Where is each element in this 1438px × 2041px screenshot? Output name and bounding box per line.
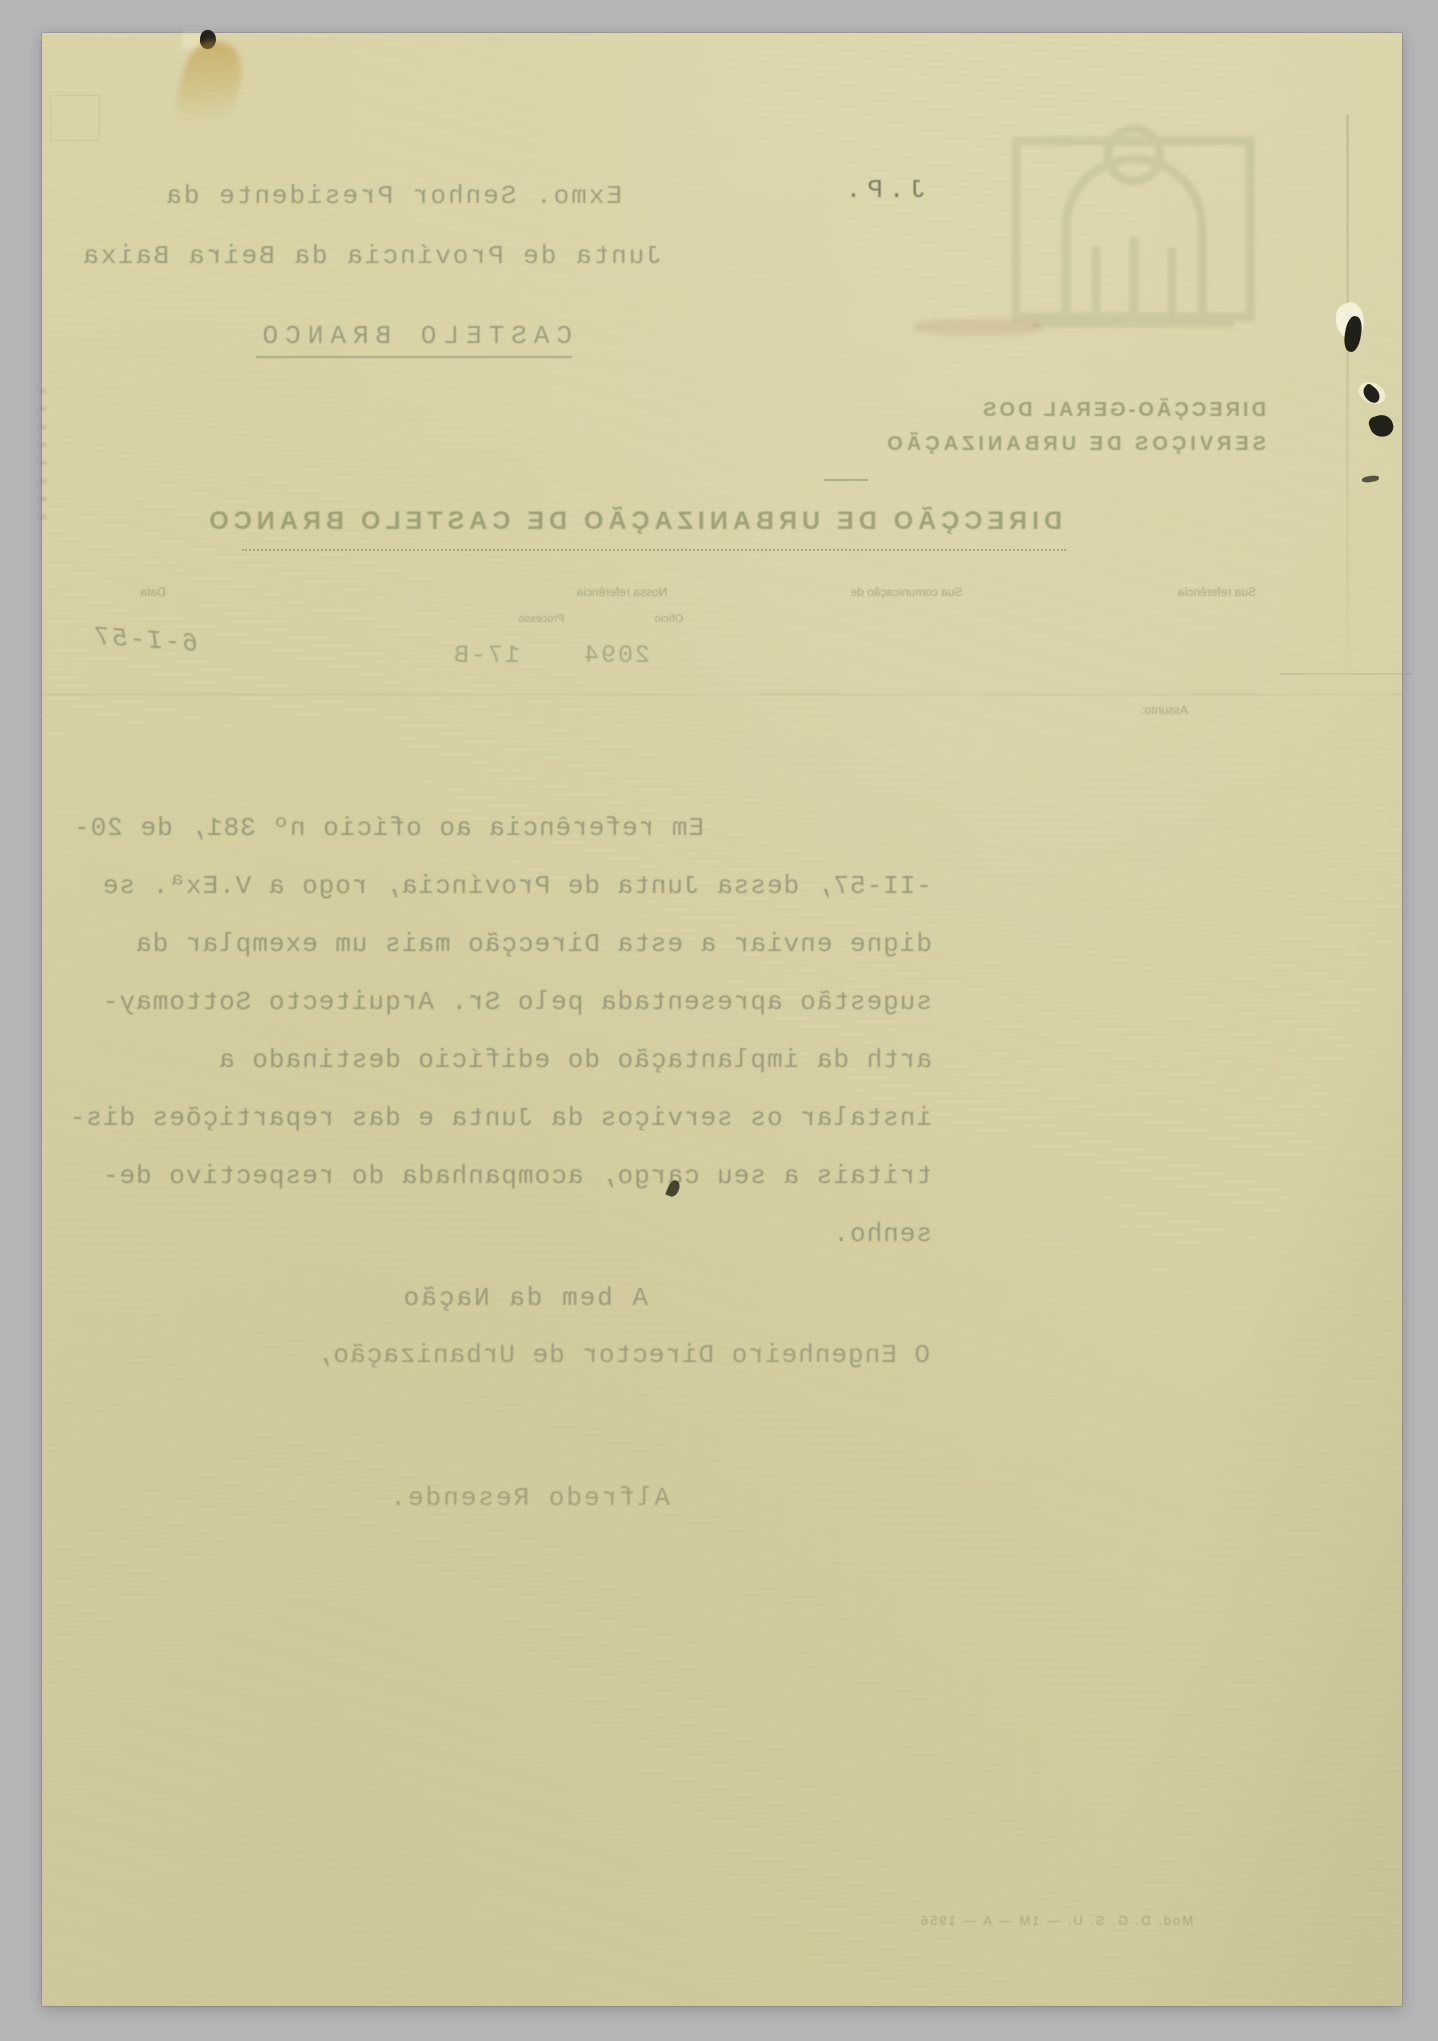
form-label-oficio: Ofício <box>634 613 704 625</box>
recipient-line-3-underlined: CASTELO BRANCO <box>256 321 572 358</box>
horizontal-crease <box>1280 673 1412 675</box>
recipient-line-2: Junta de Província da Beira Baixa <box>92 241 662 271</box>
edge-ink-dash <box>1362 475 1380 483</box>
body-line: -II-57, dessa Junta de Província, rogo a… <box>70 857 932 915</box>
signoff-line: O Engenheiro Director de Urbanização, <box>280 1340 930 1370</box>
footer-print-line: Mod. D. G. S. U. — 1M — A — 1956 <box>732 1913 1380 1928</box>
recipient-line-1: Exmo. Senhor Presidente da <box>102 181 622 211</box>
form-label-data: Data <box>120 585 186 599</box>
left-edge-scratches <box>40 389 46 519</box>
form-label-sua-comunicacao: Sua comunicação de <box>814 585 999 599</box>
letterhead-emblem-bleed <box>1002 97 1264 335</box>
red-ink-smudge <box>914 319 1042 335</box>
closing-line: A bem da Nação <box>392 1283 648 1313</box>
fold-shadow <box>42 693 1402 696</box>
body-line: arth da implantação do edifício destinad… <box>70 1031 932 1089</box>
body-line: digne enviar a esta Direcção mais um exe… <box>70 915 932 973</box>
form-value-oficio: 2094 <box>540 641 650 670</box>
jp-initials-bleed: J.P. <box>842 175 926 205</box>
signature-line: Alfredo Resende. <box>388 1483 670 1513</box>
form-value-processo: 17-B <box>430 641 520 670</box>
body-line: senho. <box>70 1205 932 1263</box>
form-label-assunto: Assunto: <box>1088 703 1188 717</box>
body-line: sugestão apresentada pelo Sr. Arquitecto… <box>70 973 932 1031</box>
form-label-sua-referencia: Sua referência <box>1142 585 1292 599</box>
letter-body: Em referência ao ofício nº 381, de 20- -… <box>70 799 932 1263</box>
form-value-data-handwritten: 6-I-57 <box>85 621 199 659</box>
letterhead-dash <box>824 479 868 481</box>
letterhead-line-2: SERVIÇOS DE URBANIZAÇÃO <box>800 433 1266 456</box>
division-dotted-underline <box>242 501 1066 551</box>
body-line: tritais a seu cargo, acompanhada do resp… <box>70 1147 932 1205</box>
form-label-processo: Processo <box>494 613 589 625</box>
vertical-crease <box>1346 115 1349 681</box>
body-line: instalar os serviços da Junta e das repa… <box>70 1089 932 1147</box>
scan-background: { "colors": { "background_gray": "#b6b6b… <box>0 0 1438 2041</box>
brown-stain <box>169 35 249 142</box>
letterhead-line-1: DIRECÇÃO-GERAL DOS <box>800 399 1266 422</box>
paper-sheet: J.P. Exmo. Senhor Presidente da Junta de… <box>42 33 1402 2006</box>
body-line: Em referência ao ofício nº 381, de 20- <box>70 799 932 857</box>
form-label-nossa-referencia: Nossa referência <box>537 585 707 599</box>
faint-corner-box <box>50 95 100 141</box>
tear-hole-2b <box>1367 412 1396 440</box>
